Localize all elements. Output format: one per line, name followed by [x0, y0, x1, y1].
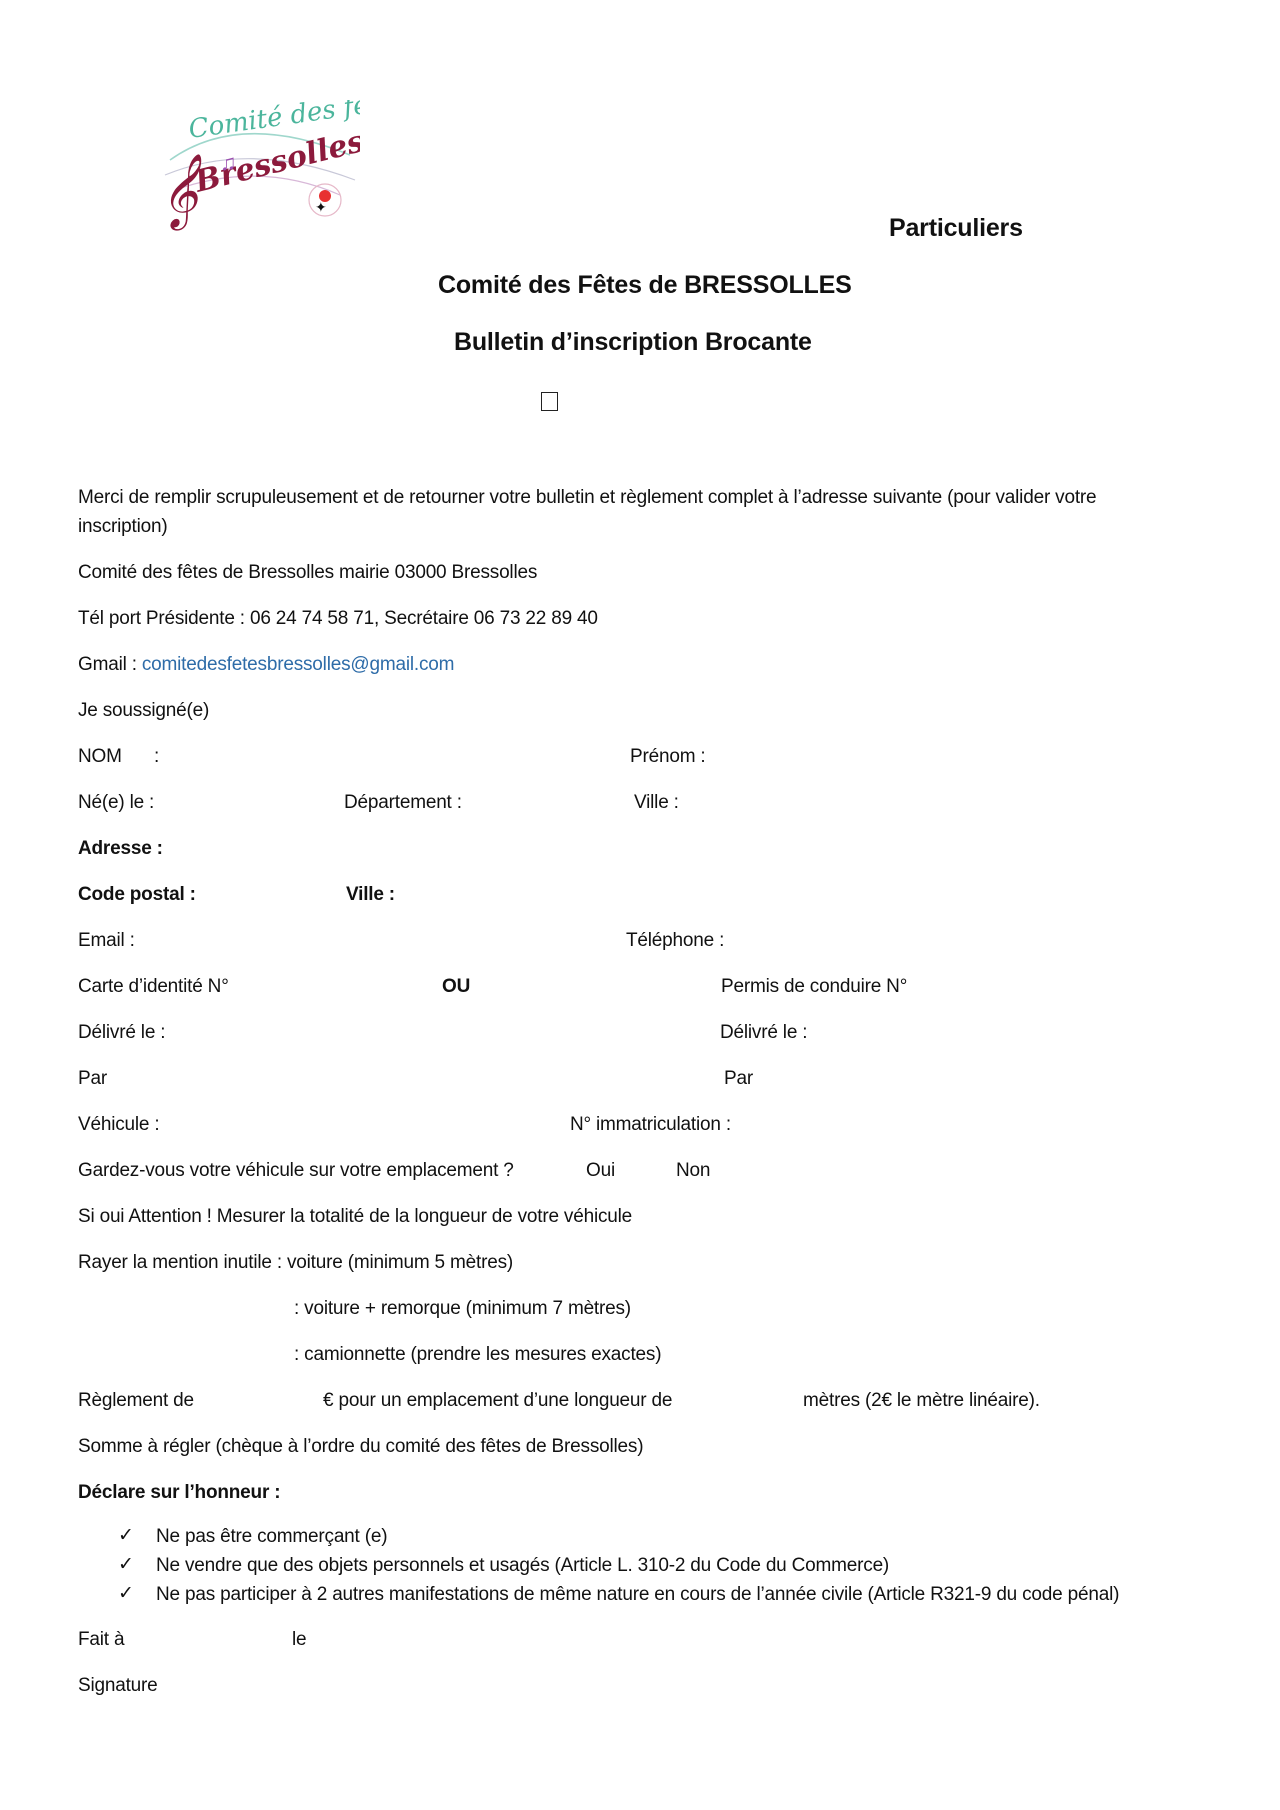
telephone-label: Téléphone : [626, 931, 724, 950]
check-icon: ✓ [118, 1526, 134, 1545]
comite-logo: Comité des fêtes 𝄞 Bressolles ♫ ✦ [150, 100, 360, 235]
list-item: Ne pas être commerçant (e) [156, 1527, 387, 1546]
gmail-link[interactable]: comitedesfetesbressolles@gmail.com [142, 654, 454, 675]
email-label: Email : [78, 931, 135, 950]
vehicle-label: Véhicule : [78, 1115, 159, 1134]
category-label: Particuliers [889, 216, 1023, 241]
strike-instruction: Rayer la mention inutile : voiture (mini… [78, 1253, 513, 1272]
list-item: Ne vendre que des objets personnels et u… [156, 1556, 889, 1575]
undersigned-text: Je soussigné(e) [78, 701, 209, 720]
payment-label: Règlement de [78, 1391, 194, 1410]
postal-code-label: Code postal : [78, 885, 196, 904]
issued-by-label-2: Par [724, 1069, 753, 1088]
page-title: Comité des Fêtes de BRESSOLLES [438, 273, 852, 298]
issued-by-label-1: Par [78, 1069, 107, 1088]
declaration-title: Déclare sur l’honneur : [78, 1483, 280, 1502]
issued-date-label-2: Délivré le : [720, 1023, 807, 1042]
id-card-label: Carte d’identité N° [78, 977, 229, 996]
check-icon: ✓ [118, 1584, 134, 1603]
phones-text: Tél port Présidente : 06 24 74 58 71, Se… [78, 609, 598, 628]
option-car-trailer: : voiture + remorque (minimum 7 mètres) [294, 1299, 631, 1318]
attention-text: Si oui Attention ! Mesurer la totalité d… [78, 1207, 632, 1226]
registration-label: N° immatriculation : [570, 1115, 731, 1134]
driving-licence-label: Permis de conduire N° [721, 977, 907, 996]
check-icon: ✓ [118, 1555, 134, 1574]
list-item: Ne pas participer à 2 autres manifestati… [156, 1585, 1119, 1604]
or-label: OU [442, 977, 470, 996]
departement-label: Département : [344, 793, 462, 812]
date-label: le [292, 1630, 306, 1649]
gmail-line: Gmail : comitedesfetesbressolles@gmail.c… [78, 655, 454, 674]
option-yes[interactable]: Oui [586, 1161, 615, 1180]
page-subtitle: Bulletin d’inscription Brocante [454, 330, 812, 355]
address-text: Comité des fêtes de Bressolles mairie 03… [78, 563, 537, 582]
intro-line-2: inscription) [78, 517, 167, 536]
intro-line-1: Merci de remplir scrupuleusement et de r… [78, 488, 1096, 507]
issued-date-label-1: Délivré le : [78, 1023, 165, 1042]
adresse-label: Adresse : [78, 839, 163, 858]
nom-label: NOM [78, 747, 122, 766]
signature-label: Signature [78, 1676, 158, 1695]
made-at-label: Fait à [78, 1630, 124, 1649]
gmail-label: Gmail : [78, 654, 142, 675]
keep-vehicle-question: Gardez-vous votre véhicule sur votre emp… [78, 1161, 514, 1180]
prenom-label: Prénom : [630, 747, 706, 766]
payment-end: mètres (2€ le mètre linéaire). [803, 1391, 1040, 1410]
nom-colon: : [154, 747, 159, 766]
dancers-icon: ✦ [315, 199, 327, 215]
option-van: : camionnette (prendre les mesures exact… [294, 1345, 661, 1364]
payment-mid: € pour un emplacement d’une longueur de [323, 1391, 672, 1410]
checkbox[interactable] [541, 392, 558, 411]
birthdate-label: Né(e) le : [78, 793, 154, 812]
music-note-icon: ♫ [220, 150, 237, 175]
option-no[interactable]: Non [676, 1161, 710, 1180]
amount-text: Somme à régler (chèque à l’ordre du comi… [78, 1437, 643, 1456]
city-label: Ville : [346, 885, 395, 904]
birth-city-label: Ville : [634, 793, 679, 812]
